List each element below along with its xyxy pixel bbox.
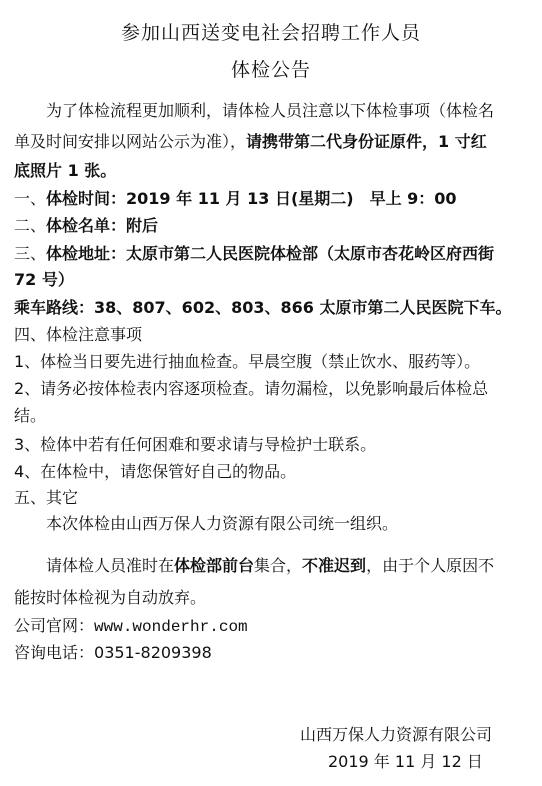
section-bus: 乘车路线：38、807、602、803、866 太原市第二人民医院下车。 — [14, 298, 511, 318]
section-address-value: 太原市第二人民医院体检部（太原市杏花岭区府西街 — [126, 244, 494, 263]
phone-number: 0351-8209398 — [94, 643, 212, 662]
reminder-line-1: 请体检人员准时在体检部前台集合，不准迟到，由于个人原因不 — [46, 556, 494, 576]
note-item-2-cont: 结。 — [14, 406, 46, 426]
reminder-part-3: 集合， — [254, 556, 302, 575]
section-bus-value: 38、807、602、803、866 太原市第二人民医院下车。 — [94, 298, 511, 317]
section-list-prefix: 二、 — [14, 216, 46, 235]
reminder-part-1: 请体检人员准时在 — [46, 556, 174, 575]
intro-line-2-bold: 请携带第二代身份证原件，1 寸红 — [246, 132, 487, 151]
section-other-text: 本次体检由山西万保人力资源有限公司统一组织。 — [46, 514, 398, 534]
intro-line-1: 为了体检流程更加顺利，请体检人员注意以下体检事项（体检名 — [46, 101, 494, 121]
phone-label: 咨询电话： — [14, 643, 94, 662]
website-label: 公司官网： — [14, 616, 94, 635]
note-item-3: 3、检体中若有任何困难和要求请与导检护士联系。 — [14, 435, 376, 455]
signature-date: 2019 年 11 月 12 日 — [328, 752, 483, 772]
reminder-part-5: ，由于个人原因不 — [366, 556, 494, 575]
intro-line-3: 底照片 1 张。 — [14, 161, 116, 181]
section-list-value: 附后 — [126, 216, 158, 235]
reminder-line-2: 能按时体检视为自动放弃。 — [14, 588, 206, 608]
reminder-part-4: 不准迟到 — [302, 556, 366, 575]
document-subtitle: 体检公告 — [0, 58, 542, 82]
section-time: 一、体检时间：2019 年 11 月 13 日(星期二) 早上 9：00 — [14, 189, 457, 209]
section-list-label: 体检名单： — [46, 216, 126, 235]
section-time-value: 2019 年 11 月 13 日(星期二) 早上 9：00 — [126, 189, 457, 208]
document-title: 参加山西送变电社会招聘工作人员 — [0, 21, 542, 45]
note-item-4: 4、在体检中，请您保管好自己的物品。 — [14, 462, 296, 482]
section-other-heading: 五、其它 — [14, 488, 78, 508]
note-item-2: 2、请务必按体检表内容逐项检查。请勿漏检，以免影响最后体检总 — [14, 379, 488, 399]
signature-company: 山西万保人力资源有限公司 — [300, 725, 492, 745]
intro-line-2-normal: 单及时间安排以网站公示为准）， — [14, 132, 246, 151]
section-address-line-2: 72 号） — [14, 270, 74, 290]
section-time-prefix: 一、 — [14, 189, 46, 208]
intro-line-2: 单及时间安排以网站公示为准），请携带第二代身份证原件，1 寸红 — [14, 132, 487, 152]
contact-phone: 咨询电话：0351-8209398 — [14, 643, 212, 663]
section-time-label: 体检时间： — [46, 189, 126, 208]
section-address-label: 体检地址： — [46, 244, 126, 263]
section-notes-heading: 四、体检注意事项 — [14, 325, 142, 345]
section-bus-label: 乘车路线： — [14, 298, 94, 317]
section-address: 三、体检地址：太原市第二人民医院体检部（太原市杏花岭区府西街 — [14, 244, 494, 264]
section-address-prefix: 三、 — [14, 244, 46, 263]
reminder-part-2: 体检部前台 — [174, 556, 254, 575]
section-list: 二、体检名单：附后 — [14, 216, 158, 236]
website-link[interactable]: www.wonderhr.com — [94, 618, 248, 636]
contact-website: 公司官网：www.wonderhr.com — [14, 616, 248, 637]
note-item-1: 1、体检当日要先进行抽血检查。早晨空腹（禁止饮水、服药等）。 — [14, 352, 480, 372]
